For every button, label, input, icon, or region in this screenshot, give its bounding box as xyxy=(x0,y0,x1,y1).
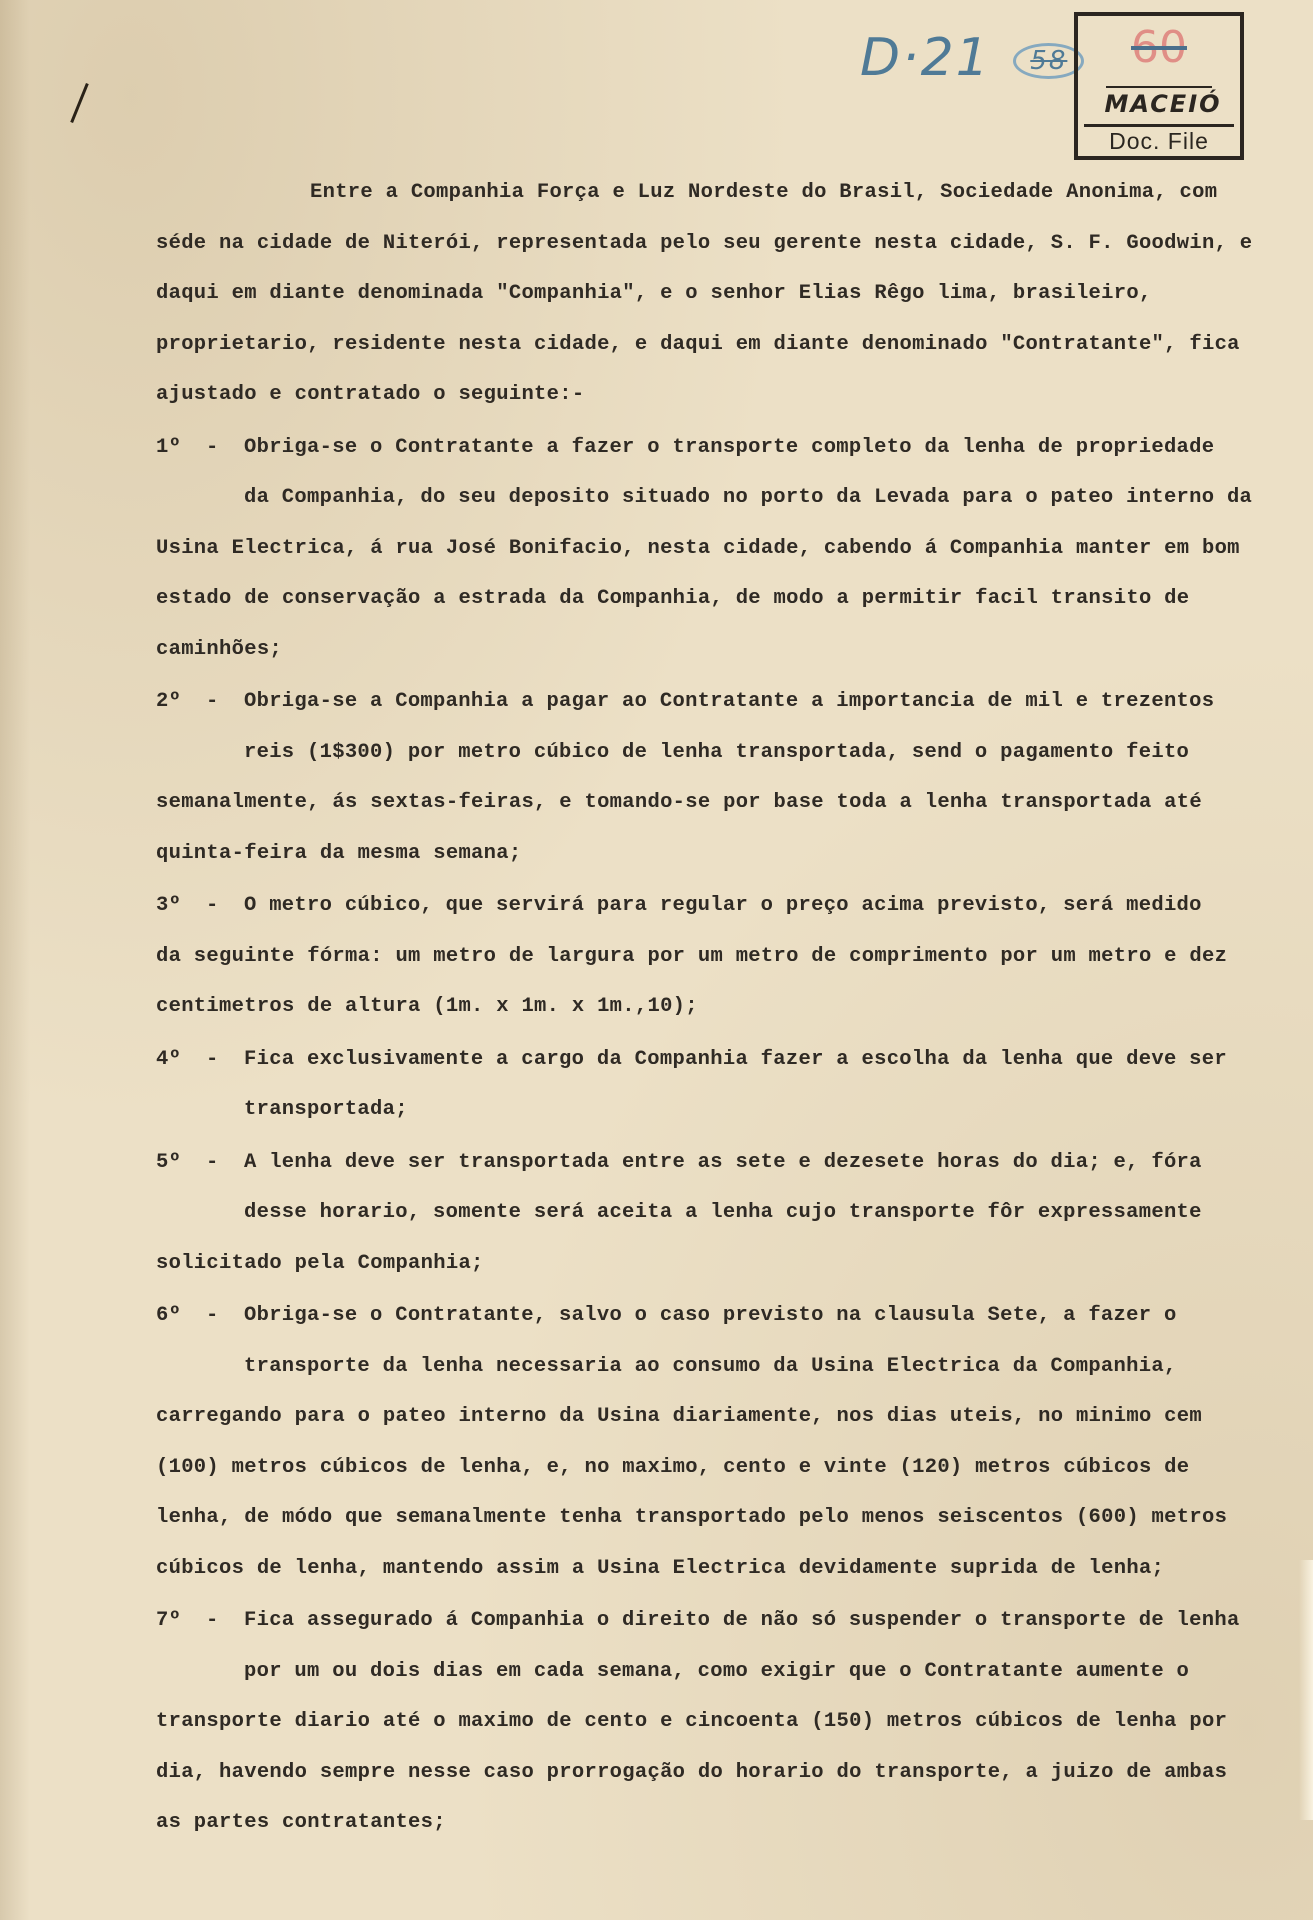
clause-dash: - xyxy=(206,1035,244,1086)
clause-lead: O metro cúbico, que servirá para regular… xyxy=(244,894,1202,917)
clause-number: 5º xyxy=(156,1138,206,1189)
clause-lead: Obriga-se o Contratante a fazer o transp… xyxy=(244,436,1214,459)
clause-body: da seguinte fórma: um metro de largura p… xyxy=(156,932,1256,1033)
clause-dash: - xyxy=(206,1291,244,1342)
document-page: D·21 58 60 MACEIÓ Doc. File Entre a Comp… xyxy=(0,0,1313,1920)
clause-body: por um ou dois dias em cada semana, como… xyxy=(156,1647,1256,1849)
clause-4: 4º-Fica exclusivamente a cargo da Compan… xyxy=(156,1035,1256,1136)
clause-body: desse horario, somente será aceita a len… xyxy=(156,1188,1256,1289)
stamp-divider xyxy=(1084,124,1234,127)
clause-dash: - xyxy=(206,1138,244,1189)
clause-body: da Companhia, do seu deposito situado no… xyxy=(156,473,1256,675)
clause-body: transportada; xyxy=(156,1085,1256,1136)
handwritten-reference: D·21 58 xyxy=(860,28,1084,88)
clause-number: 4º xyxy=(156,1035,206,1086)
clause-7: 7º-Fica assegurado á Companhia o direito… xyxy=(156,1596,1256,1849)
stamp-label: Doc. File xyxy=(1078,128,1240,155)
intro-paragraph: Entre a Companhia Força e Luz Nordeste d… xyxy=(156,168,1256,421)
clause-body: transporte da lenha necessaria ao consum… xyxy=(156,1342,1256,1595)
clause-number: 7º xyxy=(156,1596,206,1647)
clause-lead: Fica assegurado á Companhia o direito de… xyxy=(244,1609,1240,1632)
clause-body: reis (1$300) por metro cúbico de lenha t… xyxy=(156,728,1256,880)
stamp-number: 60 xyxy=(1078,22,1240,73)
clause-number: 1º xyxy=(156,423,206,474)
clause-2: 2º-Obriga-se a Companhia a pagar ao Cont… xyxy=(156,677,1256,879)
clause-1: 1º-Obriga-se o Contratante a fazer o tra… xyxy=(156,423,1256,676)
clause-dash: - xyxy=(206,423,244,474)
clause-number: 3º xyxy=(156,881,206,932)
stamp-city: MACEIÓ xyxy=(1092,90,1234,118)
clause-6: 6º-Obriga-se o Contratante, salvo o caso… xyxy=(156,1291,1256,1594)
doc-file-stamp: 60 MACEIÓ Doc. File xyxy=(1074,12,1244,160)
contract-text: Entre a Companhia Força e Luz Nordeste d… xyxy=(156,168,1256,1849)
clause-lead: Fica exclusivamente a cargo da Companhia… xyxy=(244,1048,1227,1071)
stamp-divider xyxy=(1106,86,1212,88)
pencil-mark xyxy=(70,83,89,123)
clause-lead: Obriga-se a Companhia a pagar ao Contrat… xyxy=(244,690,1214,713)
clause-lead: A lenha deve ser transportada entre as s… xyxy=(244,1151,1202,1174)
clause-3: 3º-O metro cúbico, que servirá para regu… xyxy=(156,881,1256,1033)
clause-dash: - xyxy=(206,881,244,932)
clause-number: 2º xyxy=(156,677,206,728)
clause-5: 5º-A lenha deve ser transportada entre a… xyxy=(156,1138,1256,1290)
clause-lead: Obriga-se o Contratante, salvo o caso pr… xyxy=(244,1304,1177,1327)
clause-number: 6º xyxy=(156,1291,206,1342)
paper-edge-tear xyxy=(1299,1560,1313,1820)
clause-dash: - xyxy=(206,677,244,728)
clause-dash: - xyxy=(206,1596,244,1647)
handwritten-ref-text: D·21 xyxy=(860,28,991,88)
